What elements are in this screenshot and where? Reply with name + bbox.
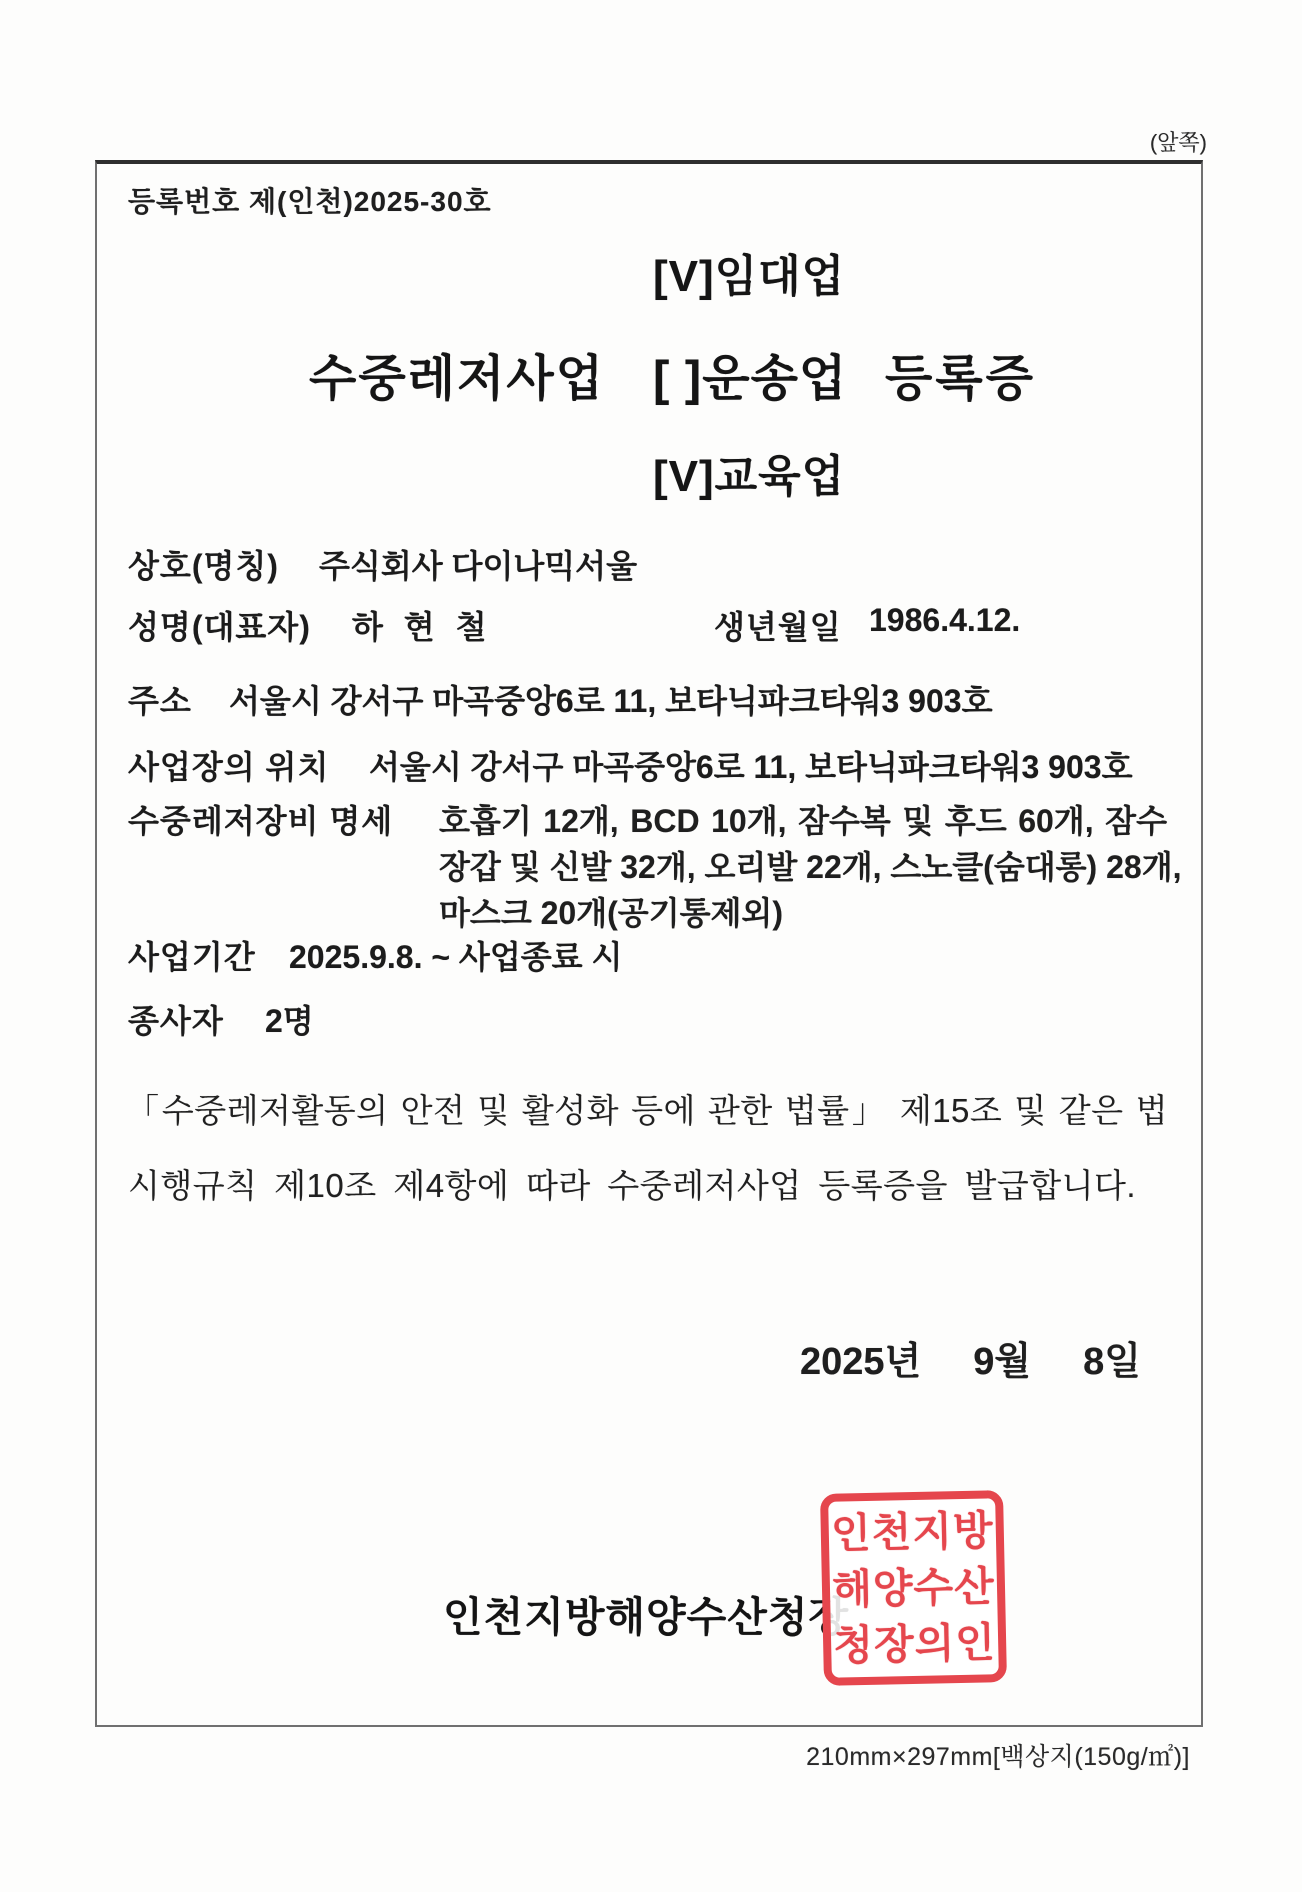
issue-date: 2025년9월8일 bbox=[800, 1330, 1141, 1385]
equipment-label: 수중레저장비 명세 bbox=[128, 796, 393, 842]
address-label: 주소 bbox=[128, 676, 192, 722]
issue-date-day: 8일 bbox=[1083, 1341, 1141, 1383]
address-value: 서울시 강서구 마곡중앙6로 11, 보타닉파크타워3 903호 bbox=[229, 676, 993, 722]
representative-value: 하 현 철 bbox=[352, 602, 493, 648]
registration-number: 등록번호 제(인천)2025-30호 bbox=[128, 180, 492, 220]
company-value: 주식회사 다이나믹서울 bbox=[319, 541, 637, 587]
paper-spec-footnote: 210mm×297mm[백상지(150g/㎡)] bbox=[806, 1737, 1190, 1773]
seal-text-line-1: 인천지방 bbox=[831, 1502, 995, 1561]
business-location-label: 사업장의 위치 bbox=[128, 742, 329, 788]
equipment-line-1: 호흡기 12개, BCD 10개, 잠수복 및 후드 60개, 잠수 bbox=[439, 796, 1167, 842]
issue-date-month: 9월 bbox=[973, 1341, 1031, 1383]
business-period-label: 사업기간 bbox=[128, 932, 256, 978]
business-period-value: 2025.9.8. ~ 사업종료 시 bbox=[289, 932, 622, 978]
workers-label: 종사자 bbox=[128, 996, 224, 1042]
title-business-name: 수중레저사업 bbox=[309, 340, 605, 410]
title-option-rental: [V]임대업 bbox=[653, 240, 845, 304]
scanned-certificate-page: (앞쪽) 등록번호 제(인천)2025-30호 [V]임대업 수중레저사업 [ … bbox=[0, 0, 1302, 1892]
title-certificate-word: 등록증 bbox=[885, 340, 1036, 410]
seal-text-line-2: 해양수산 bbox=[832, 1558, 996, 1617]
legal-statement-line-2: 시행규칙 제10조 제4항에 따라 수중레저사업 등록증을 발급합니다. bbox=[128, 1160, 1136, 1207]
birthdate-value: 1986.4.12. bbox=[869, 602, 1020, 639]
seal-text-line-3: 청장의인 bbox=[833, 1614, 997, 1673]
legal-statement-line-1: 「수중레저활동의 안전 및 활성화 등에 관한 법률」 제15조 및 같은 법 bbox=[126, 1085, 1168, 1132]
title-option-transport: [ ]운송업 bbox=[653, 340, 847, 410]
business-location-value: 서울시 강서구 마곡중앙6로 11, 보타닉파크타워3 903호 bbox=[369, 742, 1133, 788]
issue-date-year: 2025년 bbox=[800, 1341, 921, 1383]
birthdate-label: 생년월일 bbox=[714, 602, 842, 648]
certificate-border-box: 등록번호 제(인천)2025-30호 [V]임대업 수중레저사업 [ ]운송업 … bbox=[95, 160, 1203, 1727]
page-side-label: (앞쪽) bbox=[1150, 126, 1207, 157]
workers-value: 2명 bbox=[265, 996, 314, 1042]
equipment-line-3: 마스크 20개(공기통제외) bbox=[439, 888, 1167, 934]
equipment-line-2: 장갑 및 신발 32개, 오리발 22개, 스노클(숨대롱) 28개, bbox=[439, 842, 1167, 888]
title-option-education: [V]교육업 bbox=[653, 440, 845, 504]
official-seal-stamp: 인천지방 해양수산 청장의인 bbox=[820, 1490, 1007, 1686]
issuing-authority: 인천지방해양수산청장 bbox=[443, 1584, 849, 1643]
representative-label: 성명(대표자) bbox=[128, 602, 311, 648]
company-label: 상호(명칭) bbox=[128, 541, 279, 587]
